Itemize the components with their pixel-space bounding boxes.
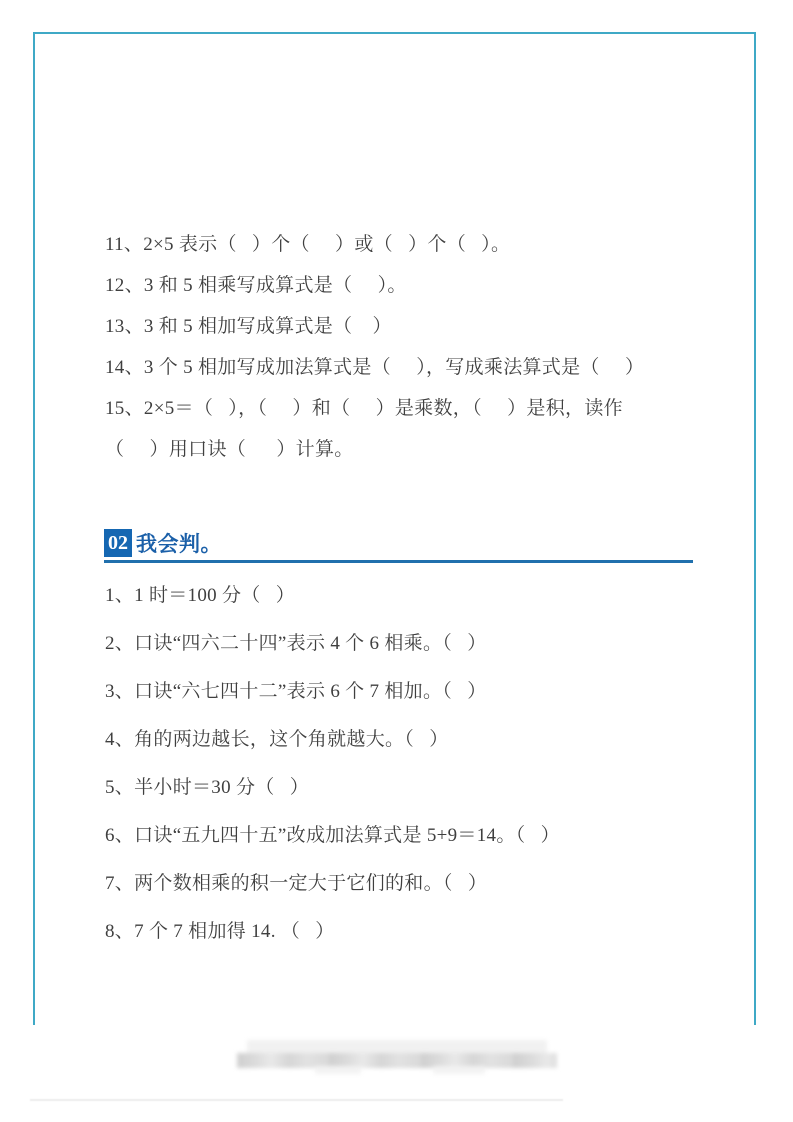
- blurred-watermark: [237, 1040, 557, 1074]
- judge-question-1: 1、1 时＝100 分（ ）: [105, 585, 705, 606]
- blurred-watermark-band-top: [247, 1040, 547, 1053]
- blurred-watermark-band-main: [237, 1053, 557, 1068]
- fill-question-15-line1: 15、2×5＝（ ），（ ）和（ ）是乘数，（ ）是积，读作: [105, 398, 705, 419]
- judge-question-5: 5、半小时＝30 分（ ）: [105, 777, 705, 798]
- fill-question-13: 13、3 和 5 相加写成算式是（ ）: [105, 316, 705, 337]
- judge-question-2: 2、口诀“四六二十四”表示 4 个 6 相乘。（ ）: [105, 633, 705, 654]
- section-header: 02 我会判。: [104, 528, 222, 558]
- fill-question-12: 12、3 和 5 相乘写成算式是（ ）。: [105, 275, 705, 296]
- fill-question-14: 14、3 个 5 相加写成加法算式是（ ），写成乘法算式是（ ）: [105, 357, 705, 378]
- section-divider: [104, 560, 693, 563]
- judge-question-7: 7、两个数相乘的积一定大于它们的和。（ ）: [105, 873, 705, 894]
- fill-question-15-line2: （ ）用口诀（ ）计算。: [105, 439, 705, 460]
- bottom-faint-line: [30, 1099, 563, 1101]
- true-false-section: 1、1 时＝100 分（ ） 2、口诀“四六二十四”表示 4 个 6 相乘。（ …: [105, 585, 705, 969]
- judge-question-4: 4、角的两边越长，这个角就越大。（ ）: [105, 729, 705, 750]
- section-title: 我会判。: [136, 528, 222, 558]
- blurred-watermark-smudge: [433, 1066, 485, 1074]
- fill-in-blank-section: 11、2×5 表示（ ）个（ ）或（ ）个（ ）。 12、3 和 5 相乘写成算…: [105, 234, 705, 480]
- judge-question-6: 6、口诀“五九四十五”改成加法算式是 5+9＝14。（ ）: [105, 825, 705, 846]
- judge-question-3: 3、口诀“六七四十二”表示 6 个 7 相加。（ ）: [105, 681, 705, 702]
- blurred-watermark-smudge: [315, 1066, 361, 1074]
- section-number-badge: 02: [104, 529, 132, 557]
- judge-question-8: 8、7 个 7 相加得 14. （ ）: [105, 921, 705, 942]
- fill-question-11: 11、2×5 表示（ ）个（ ）或（ ）个（ ）。: [105, 234, 705, 255]
